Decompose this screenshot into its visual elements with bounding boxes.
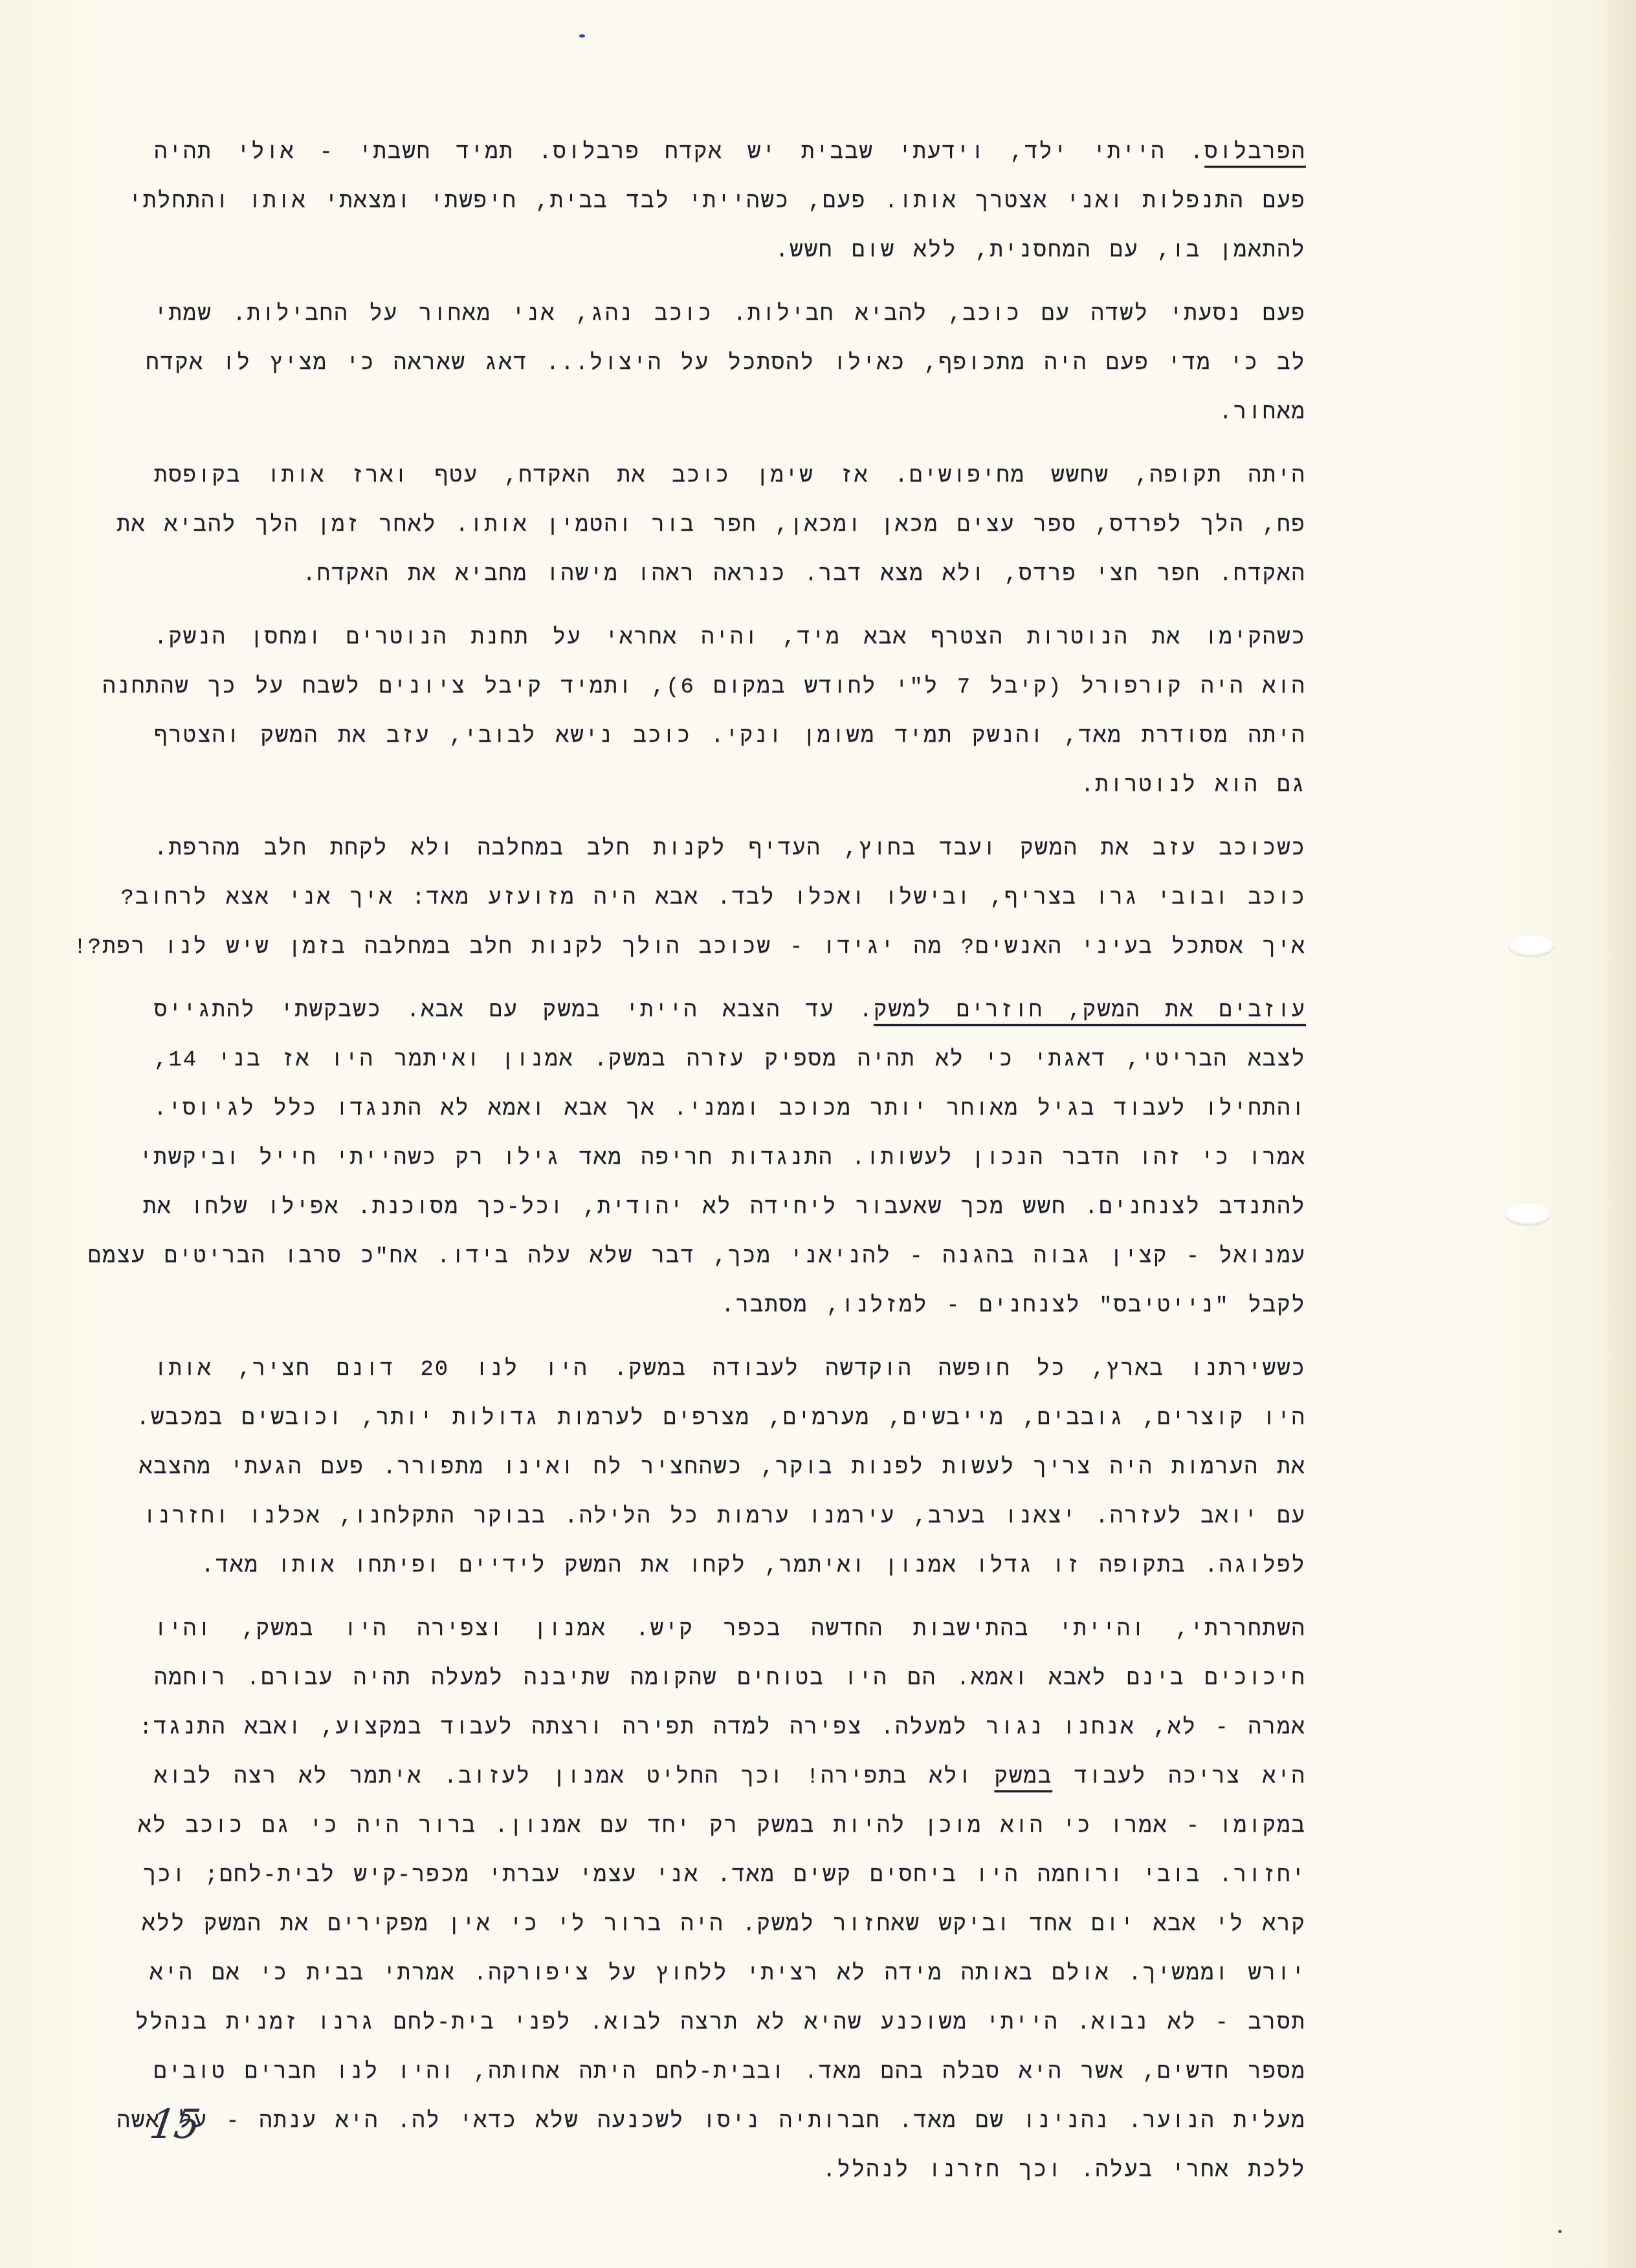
text-line: יחזור. בובי ורוחמה היו ביחסים קשים מאד. … xyxy=(154,1851,1306,1900)
text-segment: פח, הלך לפרדס, ספר עצים מכאן ומכאן, חפר … xyxy=(117,513,1306,538)
text-line: להתנדב לצנחנים. חשש מכך שאעבור ליחידה לא… xyxy=(154,1183,1306,1232)
text-line: עמנואל - קצין גבוה בהגנה - להניאני מכך, … xyxy=(154,1232,1306,1282)
text-segment: עמנואל - קצין גבוה בהגנה - להניאני מכך, … xyxy=(88,1245,1306,1269)
text-line: חיכוכים בינם לאבא ואמא. הם היו בטוחים שה… xyxy=(154,1654,1306,1704)
handwritten-page-number: 15 xyxy=(147,2100,202,2148)
text-segment: להתאמן בו, עם המחסנית, ללא שום חשש. xyxy=(775,239,1306,263)
scanned-page: הפרבלוס. הייתי ילד, וידעתי שבבית יש אקדח… xyxy=(0,0,1636,2268)
text-line: כשהקימו את הנוטרות הצטרף אבא מיד, והיה א… xyxy=(154,614,1306,663)
punch-hole xyxy=(1508,935,1554,957)
text-line: הפרבלוס. הייתי ילד, וידעתי שבבית יש אקדח… xyxy=(154,128,1306,177)
text-line: איך אסתכל בעיני האנשים? מה יגידו - שכוכב… xyxy=(154,923,1306,972)
page-edge-shadow xyxy=(1604,0,1636,2268)
text-line: והתחילו לעבוד בגיל מאוחר יותר מכוכב וממנ… xyxy=(154,1085,1306,1134)
underlined-heading: עוזבים את המשק, חוזרים למשק xyxy=(874,999,1306,1023)
text-segment: חיכוכים בינם לאבא ואמא. הם היו בטוחים שה… xyxy=(154,1667,1306,1691)
text-segment: קרא לי אבא יום אחד וביקש שאחזור למשק. הי… xyxy=(142,1913,1306,1937)
text-line: פעם התנפלות ואני אצטרך אותו. פעם, כשהיית… xyxy=(154,177,1306,227)
text-line: תסרב - לא נבוא. הייתי משוכנע שהיא לא תרצ… xyxy=(154,1999,1306,2048)
text-line: כששירתנו בארץ, כל חופשה הוקדשה לעבודה במ… xyxy=(154,1345,1306,1394)
text-segment: גם הוא לנוטרות. xyxy=(1081,773,1306,798)
underlined-heading: במשק xyxy=(995,1765,1053,1790)
paragraph: פעם נסעתי לשדה עם כוכב, להביא חבילות. כו… xyxy=(154,290,1306,438)
ink-mark xyxy=(579,34,585,38)
paragraph: היתה תקופה, שחשש מחיפושים. אז שימן כוכב … xyxy=(154,452,1306,599)
text-segment: לקבל "נייטיבס" לצנחנים - למזלנו, מסתבר. xyxy=(721,1294,1306,1318)
text-line: לפלוגה. בתקופה זו גדלו אמנון ואיתמר, לקח… xyxy=(154,1542,1306,1591)
text-segment: האקדח. חפר חצי פרדס, ולא מצא דבר. כנראה … xyxy=(302,562,1306,587)
paragraph: עוזבים את המשק, חוזרים למשק. עד הצבא היי… xyxy=(154,986,1306,1331)
text-segment: במקומו - אמרו כי הוא מוכן להיות במשק רק … xyxy=(138,1814,1306,1839)
text-segment: לצבא הבריטי, דאגתי כי לא תהיה מספיק עזרה… xyxy=(154,1048,1306,1073)
text-line: יורש וממשיך. אולם באותה מידה לא רציתי לל… xyxy=(154,1950,1306,1999)
text-segment: השתחררתי, והייתי בהתישבות החדשה בכפר קיש… xyxy=(154,1618,1306,1642)
text-segment: כשכוכב עזב את המשק ועבד בחוץ, העדיף לקנו… xyxy=(154,837,1306,862)
text-line: היתה מסודרת מאד, והנשק תמיד משומן ונקי. … xyxy=(154,712,1306,761)
text-line: האקדח. חפר חצי פרדס, ולא מצא דבר. כנראה … xyxy=(154,550,1306,599)
text-segment: לב כי מדי פעם היה מתכופף, כאילו להסתכל ע… xyxy=(146,351,1306,376)
text-segment: פעם נסעתי לשדה עם כוכב, להביא חבילות. כו… xyxy=(154,302,1306,327)
text-segment: אמרו כי זהו הדבר הנכון לעשותו. התנגדות ח… xyxy=(139,1146,1306,1171)
text-segment: כששירתנו בארץ, כל חופשה הוקדשה לעבודה במ… xyxy=(154,1357,1306,1382)
text-line: השתחררתי, והייתי בהתישבות החדשה בכפר קיש… xyxy=(154,1605,1306,1654)
text-segment: תסרב - לא נבוא. הייתי משוכנע שהיא לא תרצ… xyxy=(135,2011,1306,2036)
paragraph: כשהקימו את הנוטרות הצטרף אבא מיד, והיה א… xyxy=(154,614,1306,810)
text-line: את הערמות היה צריך לעשות לפנות בוקר, כשה… xyxy=(154,1443,1306,1493)
text-line: להתאמן בו, עם המחסנית, ללא שום חשש. xyxy=(154,227,1306,276)
text-segment: פעם התנפלות ואני אצטרך אותו. פעם, כשהיית… xyxy=(129,190,1306,214)
text-segment: כשהקימו את הנוטרות הצטרף אבא מיד, והיה א… xyxy=(154,626,1306,650)
text-line: כשכוכב עזב את המשק ועבד בחוץ, העדיף לקנו… xyxy=(154,825,1306,874)
text-segment: להתנדב לצנחנים. חשש מכך שאעבור ליחידה לא… xyxy=(143,1195,1306,1220)
typewritten-body: הפרבלוס. הייתי ילד, וידעתי שבבית יש אקדח… xyxy=(154,128,1306,2210)
text-line: פעם נסעתי לשדה עם כוכב, להביא חבילות. כו… xyxy=(154,290,1306,339)
text-line: אמרה - לא, אנחנו נגור למעלה. צפירה למדה … xyxy=(154,1704,1306,1753)
text-segment: כוכב ובובי גרו בצריף, ובישלו ואכלו לבד. … xyxy=(121,886,1306,911)
text-segment: מאחור. xyxy=(1219,401,1306,425)
text-segment: . הייתי ילד, וידעתי שבבית יש אקדח פרבלוס… xyxy=(154,140,1204,165)
text-line: מעלית הנוער. נהנינו שם מאד. חברותיה ניסו… xyxy=(154,2097,1306,2146)
text-line: אמרו כי זהו הדבר הנכון לעשותו. התנגדות ח… xyxy=(154,1134,1306,1183)
paragraph: כשכוכב עזב את המשק ועבד בחוץ, העדיף לקנו… xyxy=(154,825,1306,972)
text-line: היתה תקופה, שחשש מחיפושים. אז שימן כוכב … xyxy=(154,452,1306,501)
text-segment: מעלית הנוער. נהנינו שם מאד. חברותיה ניסו… xyxy=(117,2109,1306,2134)
text-segment: ולא בתפירה! וכך החליט אמנון לעזוב. איתמר… xyxy=(154,1765,995,1790)
text-line: מאחור. xyxy=(154,388,1306,438)
text-segment: ללכת אחרי בעלה. וכך חזרנו לנהלל. xyxy=(823,2159,1306,2183)
punch-hole xyxy=(1505,1204,1551,1226)
text-line: במקומו - אמרו כי הוא מוכן להיות במשק רק … xyxy=(154,1802,1306,1851)
paragraph: כששירתנו בארץ, כל חופשה הוקדשה לעבודה במ… xyxy=(154,1345,1306,1591)
underlined-heading: הפרבלוס xyxy=(1204,140,1306,165)
paragraph: השתחררתי, והייתי בהתישבות החדשה בכפר קיש… xyxy=(154,1605,1306,2196)
text-line: גם הוא לנוטרות. xyxy=(154,761,1306,810)
text-line: מספר חדשים, אשר היא סבלה בהם מאד. ובבית-… xyxy=(154,2048,1306,2097)
text-segment: את הערמות היה צריך לעשות לפנות בוקר, כשה… xyxy=(139,1456,1306,1480)
text-line: לב כי מדי פעם היה מתכופף, כאילו להסתכל ע… xyxy=(154,339,1306,388)
text-segment: לפלוגה. בתקופה זו גדלו אמנון ואיתמר, לקח… xyxy=(201,1554,1306,1579)
text-line: כוכב ובובי גרו בצריף, ובישלו ואכלו לבד. … xyxy=(154,874,1306,923)
text-line: עם יואב לעזרה. יצאנו בערב, עירמנו ערמות … xyxy=(154,1493,1306,1542)
text-segment: היו קוצרים, גובבים, מייבשים, מערמים, מצר… xyxy=(137,1406,1306,1431)
text-line: לקבל "נייטיבס" לצנחנים - למזלנו, מסתבר. xyxy=(154,1282,1306,1331)
text-line: ללכת אחרי בעלה. וכך חזרנו לנהלל. xyxy=(154,2146,1306,2196)
paragraph: הפרבלוס. הייתי ילד, וידעתי שבבית יש אקדח… xyxy=(154,128,1306,276)
text-segment: עם יואב לעזרה. יצאנו בערב, עירמנו ערמות … xyxy=(143,1505,1306,1529)
text-line: לצבא הבריטי, דאגתי כי לא תהיה מספיק עזרה… xyxy=(154,1036,1306,1085)
text-segment: והתחילו לעבוד בגיל מאוחר יותר מכוכב וממנ… xyxy=(153,1097,1306,1122)
text-segment: . עד הצבא הייתי במשק עם אבא. כשבקשתי להת… xyxy=(154,999,874,1023)
text-segment: היא צריכה לעבוד xyxy=(1052,1765,1306,1790)
text-segment: איך אסתכל בעיני האנשים? מה יגידו - שכוכב… xyxy=(73,935,1306,960)
text-line: היא צריכה לעבוד במשק ולא בתפירה! וכך החל… xyxy=(154,1753,1306,1802)
text-segment: הוא היה קורפורל (קיבל 7 ל"י לחודש במקום … xyxy=(102,675,1306,700)
text-line: היו קוצרים, גובבים, מייבשים, מערמים, מצר… xyxy=(154,1394,1306,1443)
text-segment: מספר חדשים, אשר היא סבלה בהם מאד. ובבית-… xyxy=(153,2060,1306,2085)
text-line: פח, הלך לפרדס, ספר עצים מכאן ומכאן, חפר … xyxy=(154,501,1306,550)
text-segment: היתה מסודרת מאד, והנשק תמיד משומן ונקי. … xyxy=(154,724,1306,749)
text-segment: יחזור. בובי ורוחמה היו ביחסים קשים מאד. … xyxy=(143,1863,1306,1888)
text-segment: היתה תקופה, שחשש מחיפושים. אז שימן כוכב … xyxy=(154,464,1306,489)
text-line: קרא לי אבא יום אחד וביקש שאחזור למשק. הי… xyxy=(154,1900,1306,1950)
stray-mark xyxy=(1558,2230,1562,2233)
text-line: הוא היה קורפורל (קיבל 7 ל"י לחודש במקום … xyxy=(154,663,1306,712)
text-segment: אמרה - לא, אנחנו נגור למעלה. צפירה למדה … xyxy=(139,1716,1306,1740)
text-segment: יורש וממשיך. אולם באותה מידה לא רציתי לל… xyxy=(149,1962,1306,1986)
text-line: עוזבים את המשק, חוזרים למשק. עד הצבא היי… xyxy=(154,986,1306,1036)
